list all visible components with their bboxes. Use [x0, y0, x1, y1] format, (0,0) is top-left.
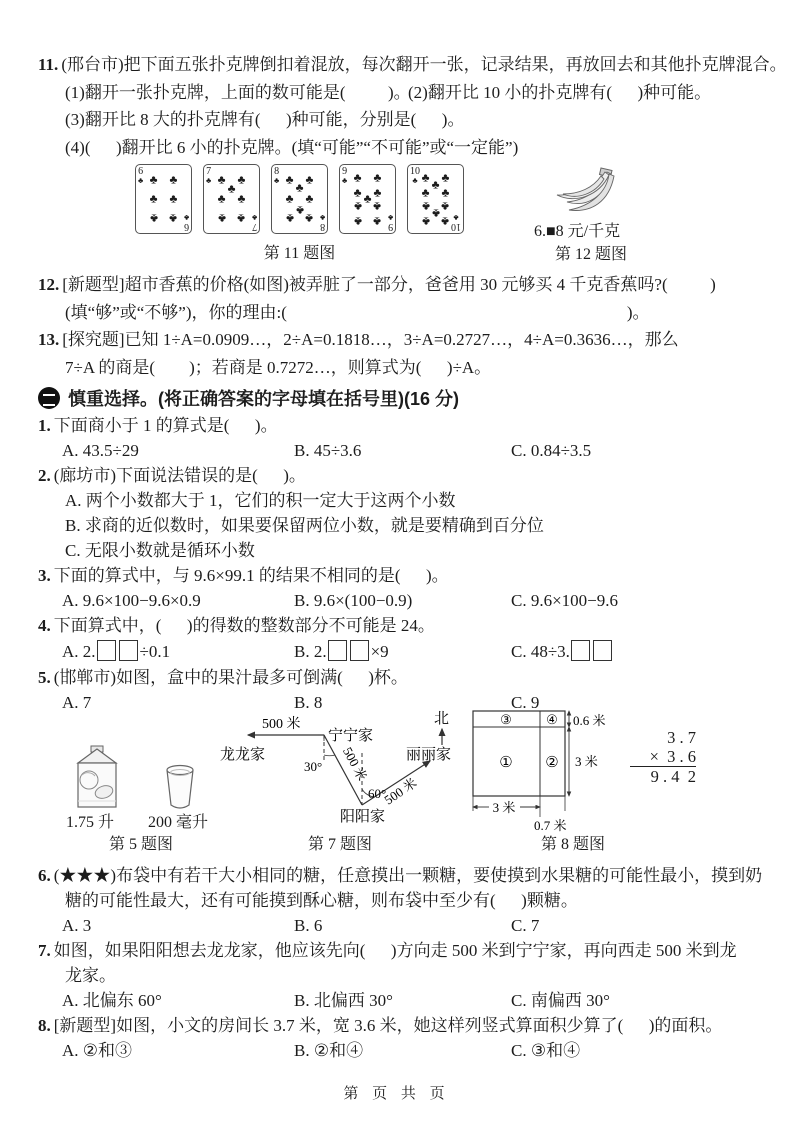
q6-options: A. 3 B. 6 C. 7 — [38, 913, 763, 938]
section-two-title: 慎重选择。(将正确答案的字母填在括号里)(16 分) — [68, 385, 459, 411]
banana-image — [543, 162, 625, 218]
q8-text: [新题型]如图，小文的房间长 3.7 米，宽 3.6 米，她这样列竖式算面积少算… — [54, 1016, 723, 1035]
q8-line: 8.[新题型]如图，小文的房间长 3.7 米，宽 3.6 米，她这样列竖式算面积… — [38, 1013, 763, 1038]
q13-line2: 7÷A 的商是( )；若商是 0.7272…，则算式为( )÷A。 — [38, 354, 763, 382]
q6-option-b: B. 6 — [294, 913, 322, 938]
region-1-label: ① — [499, 755, 512, 771]
figure-band-cards-banana: 6♣6♣♣♣♣♣♣♣ 7♣7♣♣♣♣♣♣♣♣ 8♣8♣♣♣♣♣♣♣♣♣ 9♣9♣… — [38, 162, 763, 266]
q2-option-c: C. 无限小数就是循环小数 — [38, 538, 763, 563]
section-two-header: 二 慎重选择。(将正确答案的字母填在括号里)(16 分) — [38, 383, 763, 413]
q1-text: 下面商小于 1 的算式是( )。 — [54, 416, 278, 435]
club-pip-icon: ♣ — [354, 213, 362, 228]
dim-label-06m: 0.6 米 — [573, 713, 606, 728]
q6-text1: (★★★)布袋中有若干大小相同的糖，任意摸出一颗糖，要使摸到水果糖的可能性最小，… — [54, 866, 762, 885]
worksheet-page: 11.(邢台市)把下面五张扑克牌倒扣着混放，每次翻开一张，记录结果，再放回去和其… — [0, 0, 793, 1122]
blank-box — [119, 640, 138, 661]
club-pip-icon: ♣ — [150, 192, 158, 207]
club-suit-icon: ♣ — [138, 177, 143, 185]
q8-option-b: B. ②和④ — [294, 1038, 363, 1063]
q4-line: 4.下面算式中，( )的得数的整数部分不可能是 24。 — [38, 613, 763, 638]
q6-number: 6. — [38, 866, 51, 885]
club-pip-icon: ♣ — [364, 192, 372, 207]
yangyang-home-label: 阳阳家 — [340, 808, 385, 825]
q5-number: 5. — [38, 668, 51, 687]
figure-caption-q8: 第 8 题图 — [513, 831, 633, 854]
q11-sub2: (2)翻开比 10 小的扑克牌有( )种可能。 — [408, 79, 711, 107]
page-footer: 第 页 共 页 — [0, 1082, 793, 1103]
q7-number: 7. — [38, 941, 51, 960]
section-two-icon: 二 — [38, 387, 60, 409]
card-corner-index: 10♣ — [410, 167, 420, 185]
blank-box — [328, 640, 347, 661]
q11-sub1: (1)翻开一张扑克牌，上面的数可能是( )。 — [65, 79, 411, 107]
cup-image — [163, 763, 197, 811]
q13-text1: [探究题]已知 1÷A=0.0909…，2÷A=0.1818…，3÷A=0.27… — [62, 330, 678, 349]
q5-option-a: A. 7 — [62, 690, 91, 715]
mult-row-2: × 3 . 6 — [630, 747, 696, 767]
q4-options: A. 2.÷0.1 B. 2.×9 C. 48÷3. — [38, 638, 763, 665]
q3-text: 下面的算式中，与 9.6×99.1 的结果不相同的是( )。 — [54, 566, 449, 585]
club-pip-icon: ♣ — [218, 211, 226, 226]
q3-options: A. 9.6×100−9.6×0.9 B. 9.6×(100−0.9) C. 9… — [38, 588, 763, 613]
card-corner-index: 10♣ — [451, 213, 461, 231]
club-pip-icon: ♣ — [296, 181, 304, 196]
q11-sub3: (3)翻开比 8 大的扑克牌有( )种可能，分别是( )。 — [38, 106, 763, 134]
map-diagram: 北 500 米 宁宁家 龙龙家 丽丽家 30° 60° 500 米 500 米 … — [218, 709, 458, 831]
angle-30-label: 30° — [304, 759, 322, 774]
card-corner-index: 6♣ — [138, 167, 143, 185]
q11-text1: (邢台市)把下面五张扑克牌倒扣着混放，每次翻开一张，记录结果，再放回去和其他扑克… — [61, 55, 786, 74]
banana-price-label: 6.■8 元/千克 — [534, 218, 620, 241]
dim-label-3m-right: 3 米 — [575, 754, 598, 769]
club-pip-icon: ♣ — [432, 206, 440, 221]
q12-line2: (填“够”或“不够”)，你的理由:( )。 — [38, 299, 763, 327]
q11-line1: 11.(邢台市)把下面五张扑克牌倒扣着混放，每次翻开一张，记录结果，再放回去和其… — [38, 51, 763, 79]
club-pip-icon: ♣ — [286, 211, 294, 226]
mult-row-1: 3 . 7 — [630, 728, 696, 747]
q3-option-b: B. 9.6×(100−0.9) — [294, 588, 412, 613]
mult-row-result: 9 . 4 2 — [630, 767, 696, 786]
q12-number: 12. — [38, 275, 59, 294]
q13-number: 13. — [38, 330, 59, 349]
playing-card-10-clubs: 10♣10♣♣♣♣♣♣♣♣♣♣♣ — [407, 164, 464, 234]
club-pip-icon: ♣ — [354, 199, 362, 214]
q1-option-a: A. 43.5÷29 — [62, 438, 139, 463]
cup-volume-label: 200 毫升 — [148, 809, 208, 832]
q5-text: (邯郸市)如图，盒中的果汁最多可倒满( )杯。 — [54, 668, 408, 687]
q3-option-c: C. 9.6×100−9.6 — [511, 588, 618, 613]
club-pip-icon: ♣ — [441, 170, 449, 185]
q8-options: A. ②和③ B. ②和④ C. ③和④ — [38, 1038, 763, 1063]
q13-line1: 13.[探究题]已知 1÷A=0.0909…，2÷A=0.1818…，3÷A=0… — [38, 326, 763, 354]
q7-option-a: A. 北偏东 60° — [62, 988, 162, 1013]
card-corner-index: 6♣ — [184, 213, 189, 231]
figure-band-diagrams: 1.75 升 200 毫升 第 5 题图 北 — [38, 715, 763, 847]
q12-text1: [新题型]超市香蕉的价格(如图)被弄脏了一部分，爸爸用 30 元够买 4 千克香… — [62, 275, 716, 294]
club-pip-icon: ♣ — [150, 172, 158, 187]
distance-label-diag1: 500 米 — [340, 745, 370, 784]
club-pip-icon: ♣ — [169, 192, 177, 207]
q7-line2: 龙家。 — [38, 963, 763, 988]
q1-number: 1. — [38, 416, 51, 435]
club-pip-icon: ♣ — [150, 211, 158, 226]
lili-home-label: 丽丽家 — [406, 746, 451, 763]
club-suit-icon: ♣ — [184, 213, 189, 221]
q3-number: 3. — [38, 566, 51, 585]
q8-option-a: A. ②和③ — [62, 1038, 132, 1063]
q6-line2: 糖的可能性最大，还有可能摸到酥心糖，则布袋中至少有( )颗糖。 — [38, 888, 763, 913]
longlong-home-label: 龙龙家 — [220, 746, 265, 763]
q11-line2: (1)翻开一张扑克牌，上面的数可能是( )。 (2)翻开比 10 小的扑克牌有(… — [38, 79, 763, 107]
card-corner-index: 9♣ — [388, 213, 393, 231]
club-pip-icon: ♣ — [441, 199, 449, 214]
club-pip-icon: ♣ — [169, 172, 177, 187]
q1-option-b: B. 45÷3.6 — [294, 438, 361, 463]
club-pip-icon: ♣ — [286, 192, 294, 207]
q11-number: 11. — [38, 55, 58, 74]
club-pip-icon: ♣ — [422, 199, 430, 214]
angle-arc-30 — [324, 755, 335, 756]
figure-caption-q11: 第 11 题图 — [135, 240, 464, 263]
card-corner-index: 8♣ — [320, 213, 325, 231]
club-pip-icon: ♣ — [218, 192, 226, 207]
playing-card-8-clubs: 8♣8♣♣♣♣♣♣♣♣♣ — [271, 164, 328, 234]
q6-option-a: A. 3 — [62, 913, 91, 938]
q7-option-c: C. 南偏西 30° — [511, 988, 610, 1013]
q3-option-a: A. 9.6×100−9.6×0.9 — [62, 588, 201, 613]
milk-carton-image — [74, 745, 120, 809]
section-two-icon-bars — [43, 394, 55, 406]
q2-line: 2.(廊坊市)下面说法错误的是( )。 — [38, 463, 763, 488]
blank-box — [350, 640, 369, 661]
club-pip-icon: ♣ — [228, 181, 236, 196]
card-corner-index: 7♣ — [252, 213, 257, 231]
distance-label-top: 500 米 — [262, 715, 301, 732]
q1-line: 1.下面商小于 1 的算式是( )。 — [38, 413, 763, 438]
q6-line1: 6.(★★★)布袋中有若干大小相同的糖，任意摸出一颗糖，要使摸到水果糖的可能性最… — [38, 863, 763, 888]
playing-card-7-clubs: 7♣7♣♣♣♣♣♣♣♣ — [203, 164, 260, 234]
club-suit-icon: ♣ — [206, 177, 211, 185]
club-suit-icon: ♣ — [451, 213, 461, 221]
q4-option-a: A. 2.÷0.1 — [62, 638, 170, 665]
region-2-label: ② — [545, 755, 558, 771]
q4-option-c: C. 48÷3. — [511, 638, 614, 665]
club-pip-icon: ♣ — [305, 211, 313, 226]
q5-line: 5.(邯郸市)如图，盒中的果汁最多可倒满( )杯。 — [38, 665, 763, 690]
q2-option-a: A. 两个小数都大于 1，它们的积一定大于这两个小数 — [38, 488, 763, 513]
club-pip-icon: ♣ — [218, 172, 226, 187]
q12-line1: 12.[新题型]超市香蕉的价格(如图)被弄脏了一部分，爸爸用 30 元够买 4 … — [38, 271, 763, 299]
club-pip-icon: ♣ — [373, 199, 381, 214]
club-pip-icon: ♣ — [286, 172, 294, 187]
room-area-diagram: ③ ④ ① ② 0.6 米 3 米 3 米 0.7 米 — [468, 710, 628, 838]
club-suit-icon: ♣ — [274, 177, 279, 185]
club-suit-icon: ♣ — [410, 177, 420, 185]
vertical-multiplication: 3 . 7 × 3 . 6 9 . 4 2 — [630, 728, 696, 786]
card-corner-index: 9♣ — [342, 167, 347, 185]
club-pip-icon: ♣ — [432, 177, 440, 192]
club-pip-icon: ♣ — [354, 170, 362, 185]
q2-text: (廊坊市)下面说法错误的是( )。 — [54, 466, 306, 485]
card-corner-index: 8♣ — [274, 167, 279, 185]
club-suit-icon: ♣ — [388, 213, 393, 221]
q4-number: 4. — [38, 616, 51, 635]
q7-line1: 7.如图，如果阳阳想去龙龙家，他应该先向( )方向走 500 米到宁宁家，再向西… — [38, 938, 763, 963]
figure-caption-q12: 第 12 题图 — [536, 241, 646, 264]
club-pip-icon: ♣ — [373, 170, 381, 185]
q1-option-c: C. 0.84÷3.5 — [511, 438, 591, 463]
club-pip-icon: ♣ — [237, 192, 245, 207]
q7-options: A. 北偏东 60° B. 北偏西 30° C. 南偏西 30° — [38, 988, 763, 1013]
club-pip-icon: ♣ — [422, 213, 430, 228]
club-suit-icon: ♣ — [342, 177, 347, 185]
q7-text1: 如图，如果阳阳想去龙龙家，他应该先向( )方向走 500 米到宁宁家，再向西走 … — [54, 941, 737, 960]
blank-box — [593, 640, 612, 661]
milk-volume-label: 1.75 升 — [66, 809, 114, 832]
q11-sub4: (4)( )翻开比 6 小的扑克牌。(填“可能”“不可能”或“一定能”) — [38, 134, 763, 162]
playing-card-6-clubs: 6♣6♣♣♣♣♣♣♣ — [135, 164, 192, 234]
blank-box — [571, 640, 590, 661]
card-corner-index: 7♣ — [206, 167, 211, 185]
q4-option-b: B. 2.×9 — [294, 638, 389, 665]
q2-number: 2. — [38, 466, 51, 485]
club-pip-icon: ♣ — [296, 202, 304, 217]
q2-option-b: B. 求商的近似数时，如果要保留两位小数，就是要精确到百分位 — [38, 513, 763, 538]
club-pip-icon: ♣ — [305, 192, 313, 207]
region-3-label: ③ — [500, 712, 512, 727]
q1-options: A. 43.5÷29 B. 45÷3.6 C. 0.84÷3.5 — [38, 438, 763, 463]
club-suit-icon: ♣ — [252, 213, 257, 221]
figure-caption-q7: 第 7 题图 — [270, 831, 410, 854]
region-4-label: ④ — [546, 712, 558, 727]
figure-caption-q5: 第 5 题图 — [81, 831, 201, 854]
north-label: 北 — [434, 710, 449, 727]
worksheet-content: 11.(邢台市)把下面五张扑克牌倒扣着混放，每次翻开一张，记录结果，再放回去和其… — [0, 0, 793, 1063]
club-pip-icon: ♣ — [422, 170, 430, 185]
blank-box — [97, 640, 116, 661]
q8-option-c: C. ③和④ — [511, 1038, 580, 1063]
club-pip-icon: ♣ — [441, 213, 449, 228]
right-angle-mark — [318, 735, 324, 741]
q4-text: 下面算式中，( )的得数的整数部分不可能是 24。 — [54, 616, 435, 635]
q3-line: 3.下面的算式中，与 9.6×99.1 的结果不相同的是( )。 — [38, 563, 763, 588]
club-pip-icon: ♣ — [373, 213, 381, 228]
q8-number: 8. — [38, 1016, 51, 1035]
q6-option-c: C. 7 — [511, 913, 539, 938]
club-suit-icon: ♣ — [320, 213, 325, 221]
playing-card-9-clubs: 9♣9♣♣♣♣♣♣♣♣♣♣ — [339, 164, 396, 234]
club-pip-icon: ♣ — [237, 172, 245, 187]
q7-option-b: B. 北偏西 30° — [294, 988, 393, 1013]
playing-cards: 6♣6♣♣♣♣♣♣♣ 7♣7♣♣♣♣♣♣♣♣ 8♣8♣♣♣♣♣♣♣♣♣ 9♣9♣… — [135, 164, 464, 234]
ningning-home-label: 宁宁家 — [328, 727, 373, 744]
club-pip-icon: ♣ — [305, 172, 313, 187]
club-pip-icon: ♣ — [237, 211, 245, 226]
dim-label-3m-bottom: 3 米 — [493, 800, 516, 815]
club-pip-icon: ♣ — [169, 211, 177, 226]
